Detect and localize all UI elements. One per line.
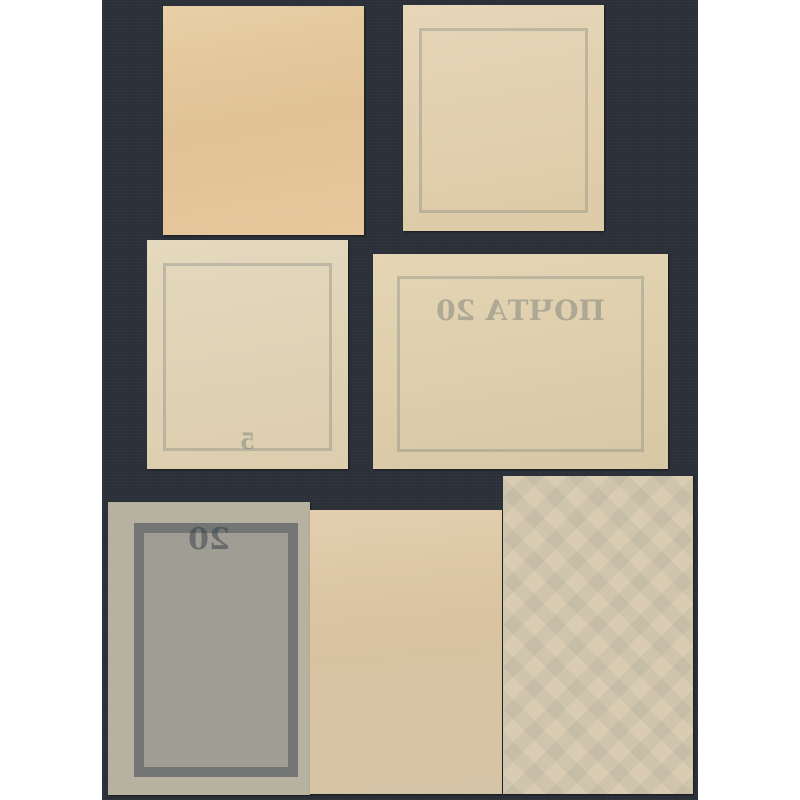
stamp-bottom-middle <box>310 510 502 794</box>
design-show-through <box>419 28 588 213</box>
stamp-top-right <box>403 5 604 231</box>
stamp-bottom-left: 20 <box>108 502 310 795</box>
value-show-through: 20 <box>108 522 310 557</box>
design-show-through <box>134 523 298 778</box>
stamp-top-left <box>163 6 364 235</box>
stamp-bottom-right <box>503 476 693 794</box>
stamp-middle-right: ПОЧТА 20 <box>373 254 668 469</box>
stamp-middle-left: 5 <box>147 240 348 469</box>
title-show-through: ПОЧТА 20 <box>373 294 668 327</box>
design-show-through <box>163 263 332 451</box>
value-show-through: 5 <box>147 429 348 455</box>
